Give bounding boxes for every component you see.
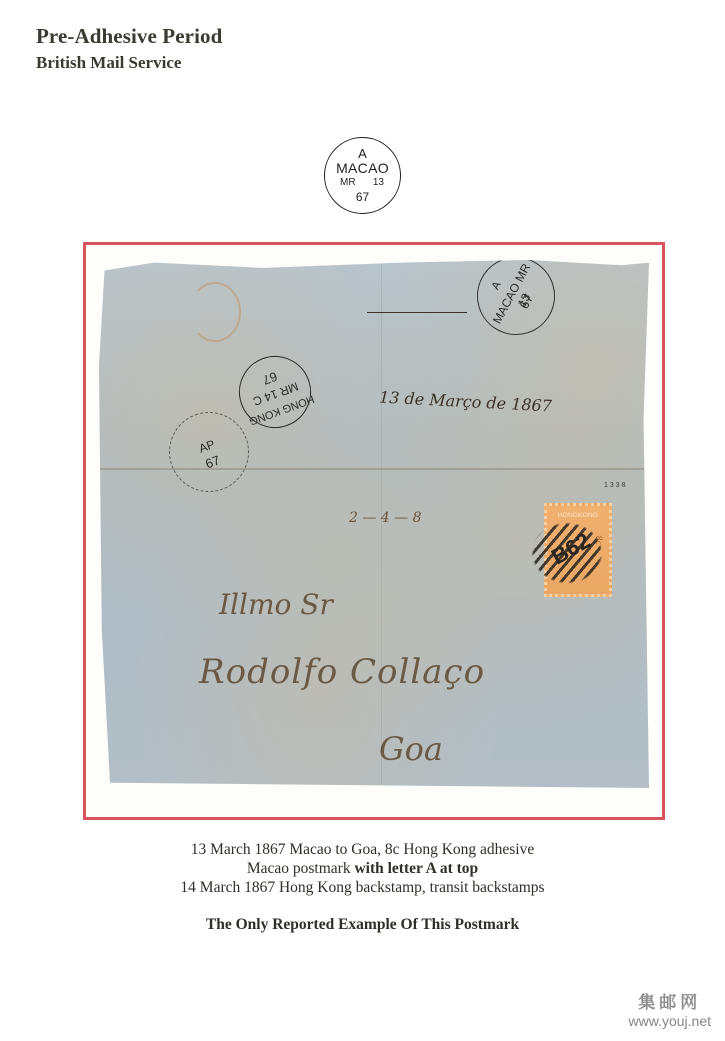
manuscript-date: 13 de Março de 1867	[379, 387, 553, 415]
marginal-mark: 1 3 3 8	[604, 482, 625, 489]
postmark-year: 67	[325, 190, 400, 204]
manuscript-rate: 2 — 4 — 8	[349, 510, 422, 526]
postmark-town: MACAO	[325, 160, 400, 176]
exhibit-frame: A MACAO MR 13 67 HONG KONG MR 14 C 67 AP…	[83, 242, 665, 820]
site-watermark: 集邮网 www.youj.net	[629, 988, 711, 1029]
postmark-letter: A	[325, 146, 400, 161]
caption-line-1: 13 March 1867 Macao to Goa, 8c Hong Kong…	[0, 840, 725, 859]
faint-postmark	[189, 282, 241, 342]
address-line-2: Rodolfo Collaço	[199, 652, 485, 692]
macao-postmark-illustration: A MACAO MR 13 67	[324, 137, 401, 214]
exhibit-caption: 13 March 1867 Macao to Goa, 8c Hong Kong…	[0, 840, 725, 897]
stamp-label: HONGKONG	[551, 512, 605, 519]
watermark-chinese: 集邮网	[629, 988, 711, 1013]
hong-kong-backstamp: HONG KONG MR 14 C 67	[229, 346, 321, 438]
rarity-statement: The Only Reported Example Of This Postma…	[0, 916, 725, 934]
caption-line-3: 14 March 1867 Hong Kong backstamp, trans…	[0, 878, 725, 897]
macao-postmark-on-cover: A MACAO MR 13 67	[463, 243, 568, 348]
postmark-day: 13	[373, 177, 384, 188]
page-subtitle: British Mail Service	[36, 53, 181, 73]
watermark-url: www.youj.net	[629, 1013, 711, 1029]
manuscript-rule	[367, 312, 467, 313]
transit-backstamp: AP 67	[158, 401, 261, 504]
postal-cover-image: A MACAO MR 13 67 HONG KONG MR 14 C 67 AP…	[99, 260, 649, 788]
page-title: Pre-Adhesive Period	[36, 24, 222, 49]
address-line-3: Goa	[379, 730, 443, 768]
caption-emphasis: with letter A at top	[354, 860, 478, 877]
address-line-1: Illmo Sr	[219, 588, 333, 621]
postmark-month: MR	[340, 177, 356, 188]
caption-line-2: Macao postmark with letter A at top	[0, 859, 725, 878]
